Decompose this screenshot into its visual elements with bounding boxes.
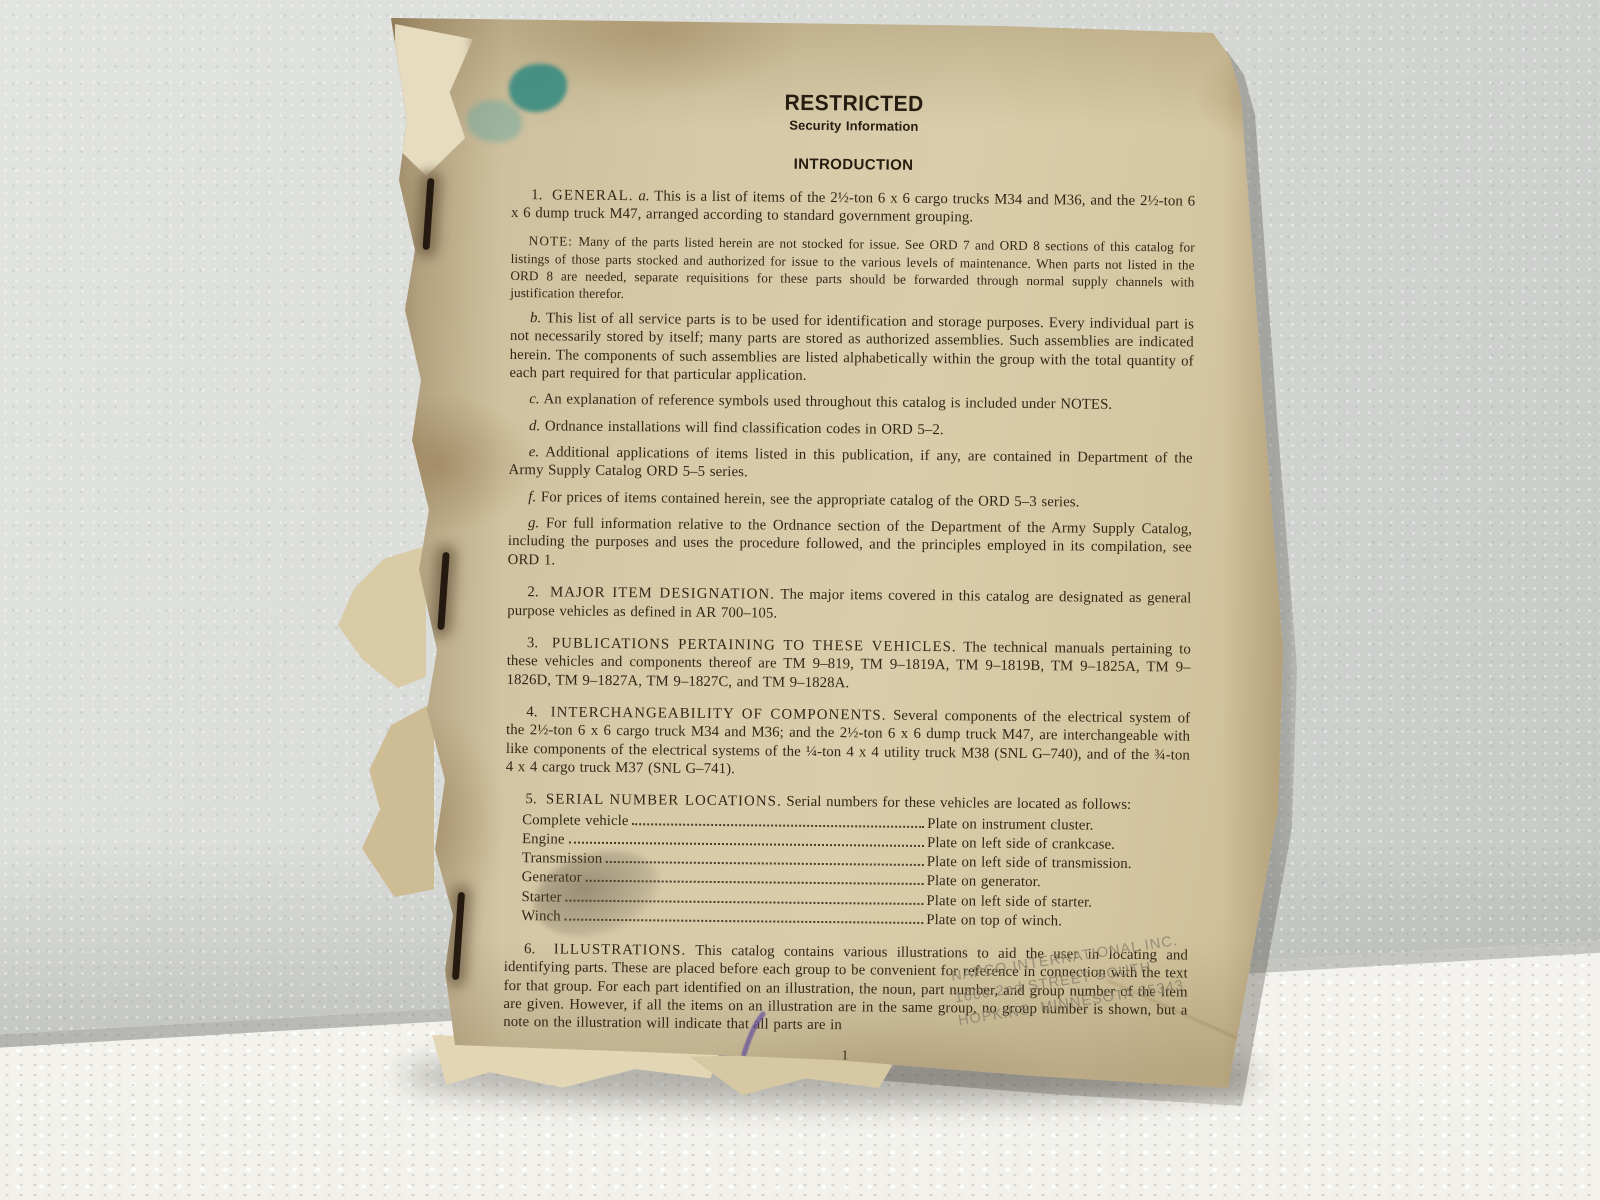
paragraph-keyword: INTERCHANGEABILITY OF COMPONENTS. bbox=[551, 704, 887, 723]
purple-pen-mark bbox=[737, 1010, 771, 1058]
subparagraph-letter: b. bbox=[530, 310, 541, 326]
subparagraph-letter: c. bbox=[529, 392, 540, 408]
paragraph-keyword: MAJOR ITEM DESIGNATION. bbox=[550, 585, 775, 603]
subparagraph-letter: a. bbox=[638, 188, 649, 204]
paragraph-4-interchangeability: 4. INTERCHANGEABILITY OF COMPONENTS. Sev… bbox=[506, 703, 1191, 783]
subparagraph-letter: f. bbox=[528, 489, 536, 505]
paragraph-number: 4. bbox=[526, 704, 537, 720]
paragraph-text: An explanation of reference symbols used… bbox=[543, 392, 1112, 413]
paragraph-1-general: 1. GENERAL. a. This is a list of items o… bbox=[511, 186, 1195, 229]
serial-location: Plate on left side of starter. bbox=[926, 892, 1188, 914]
paragraph-keyword: ILLUSTRATIONS. bbox=[554, 941, 687, 958]
paragraph-text: For full information relative to the Ord… bbox=[508, 515, 1192, 568]
serial-location: Plate on instrument cluster. bbox=[927, 815, 1189, 837]
paragraph-f: f. For prices of items contained herein,… bbox=[508, 488, 1192, 513]
paragraph-text: Serial numbers for these vehicles are lo… bbox=[786, 794, 1131, 813]
paragraph-number: 3. bbox=[527, 635, 538, 651]
booklet-page: RESTRICTED Security Information INTRODUC… bbox=[385, 10, 1285, 1090]
paragraph-keyword: SERIAL NUMBER LOCATIONS. bbox=[546, 792, 782, 810]
serial-location: Plate on top of winch. bbox=[926, 911, 1188, 933]
paragraph-c: c. An explanation of reference symbols u… bbox=[509, 390, 1193, 415]
note-paragraph: NOTE: Many of the parts listed herein ar… bbox=[510, 232, 1195, 307]
serial-location: Plate on left side of transmission. bbox=[927, 853, 1189, 875]
page-title: INTRODUCTION bbox=[511, 153, 1195, 178]
dot-leader bbox=[633, 823, 925, 828]
note-label: NOTE: bbox=[529, 234, 573, 249]
paragraph-text: For prices of items contained herein, se… bbox=[541, 489, 1080, 510]
serial-location: Plate on generator. bbox=[927, 872, 1189, 894]
binding-staple-middle bbox=[437, 552, 449, 630]
binding-staple-bottom bbox=[452, 892, 465, 980]
serial-location: Plate on left side of crankcase. bbox=[927, 834, 1189, 856]
subparagraph-letter: g. bbox=[528, 515, 539, 531]
paragraph-g: g. For full information relative to the … bbox=[508, 514, 1192, 576]
paragraph-number: 2. bbox=[527, 584, 538, 600]
paragraph-number: 5. bbox=[525, 791, 536, 807]
paragraph-number: 1. bbox=[531, 187, 542, 203]
paragraph-3-publications: 3. PUBLICATIONS PERTAINING TO THESE VEHI… bbox=[506, 634, 1190, 696]
paragraph-d: d. Ordnance installations will find clas… bbox=[509, 417, 1193, 442]
paragraph-b: b. This list of all service parts is to … bbox=[509, 309, 1194, 389]
paragraph-keyword: PUBLICATIONS PERTAINING TO THESE VEHICLE… bbox=[552, 635, 957, 655]
note-text: Many of the parts listed herein are not … bbox=[510, 234, 1195, 301]
torn-corner-flap bbox=[395, 24, 473, 176]
serial-item: Engine bbox=[522, 830, 565, 850]
dot-leader bbox=[569, 841, 924, 846]
paragraph-text: Ordnance installations will find classif… bbox=[545, 418, 944, 438]
paragraph-text: This list of all service parts is to be … bbox=[509, 310, 1194, 384]
paragraph-2-major-item-designation: 2. MAJOR ITEM DESIGNATION. The major ite… bbox=[507, 583, 1191, 626]
paragraph-text: Additional applications of items listed … bbox=[509, 444, 1193, 480]
paragraph-e: e. Additional applications of items list… bbox=[508, 443, 1192, 486]
paragraph-keyword: GENERAL. bbox=[552, 187, 634, 204]
subparagraph-letter: e. bbox=[529, 444, 540, 460]
paragraph-number: 6. bbox=[524, 941, 535, 957]
subparagraph-letter: d. bbox=[529, 418, 540, 434]
binding-staple-top bbox=[422, 178, 434, 250]
serial-item: Complete vehicle bbox=[522, 811, 629, 831]
